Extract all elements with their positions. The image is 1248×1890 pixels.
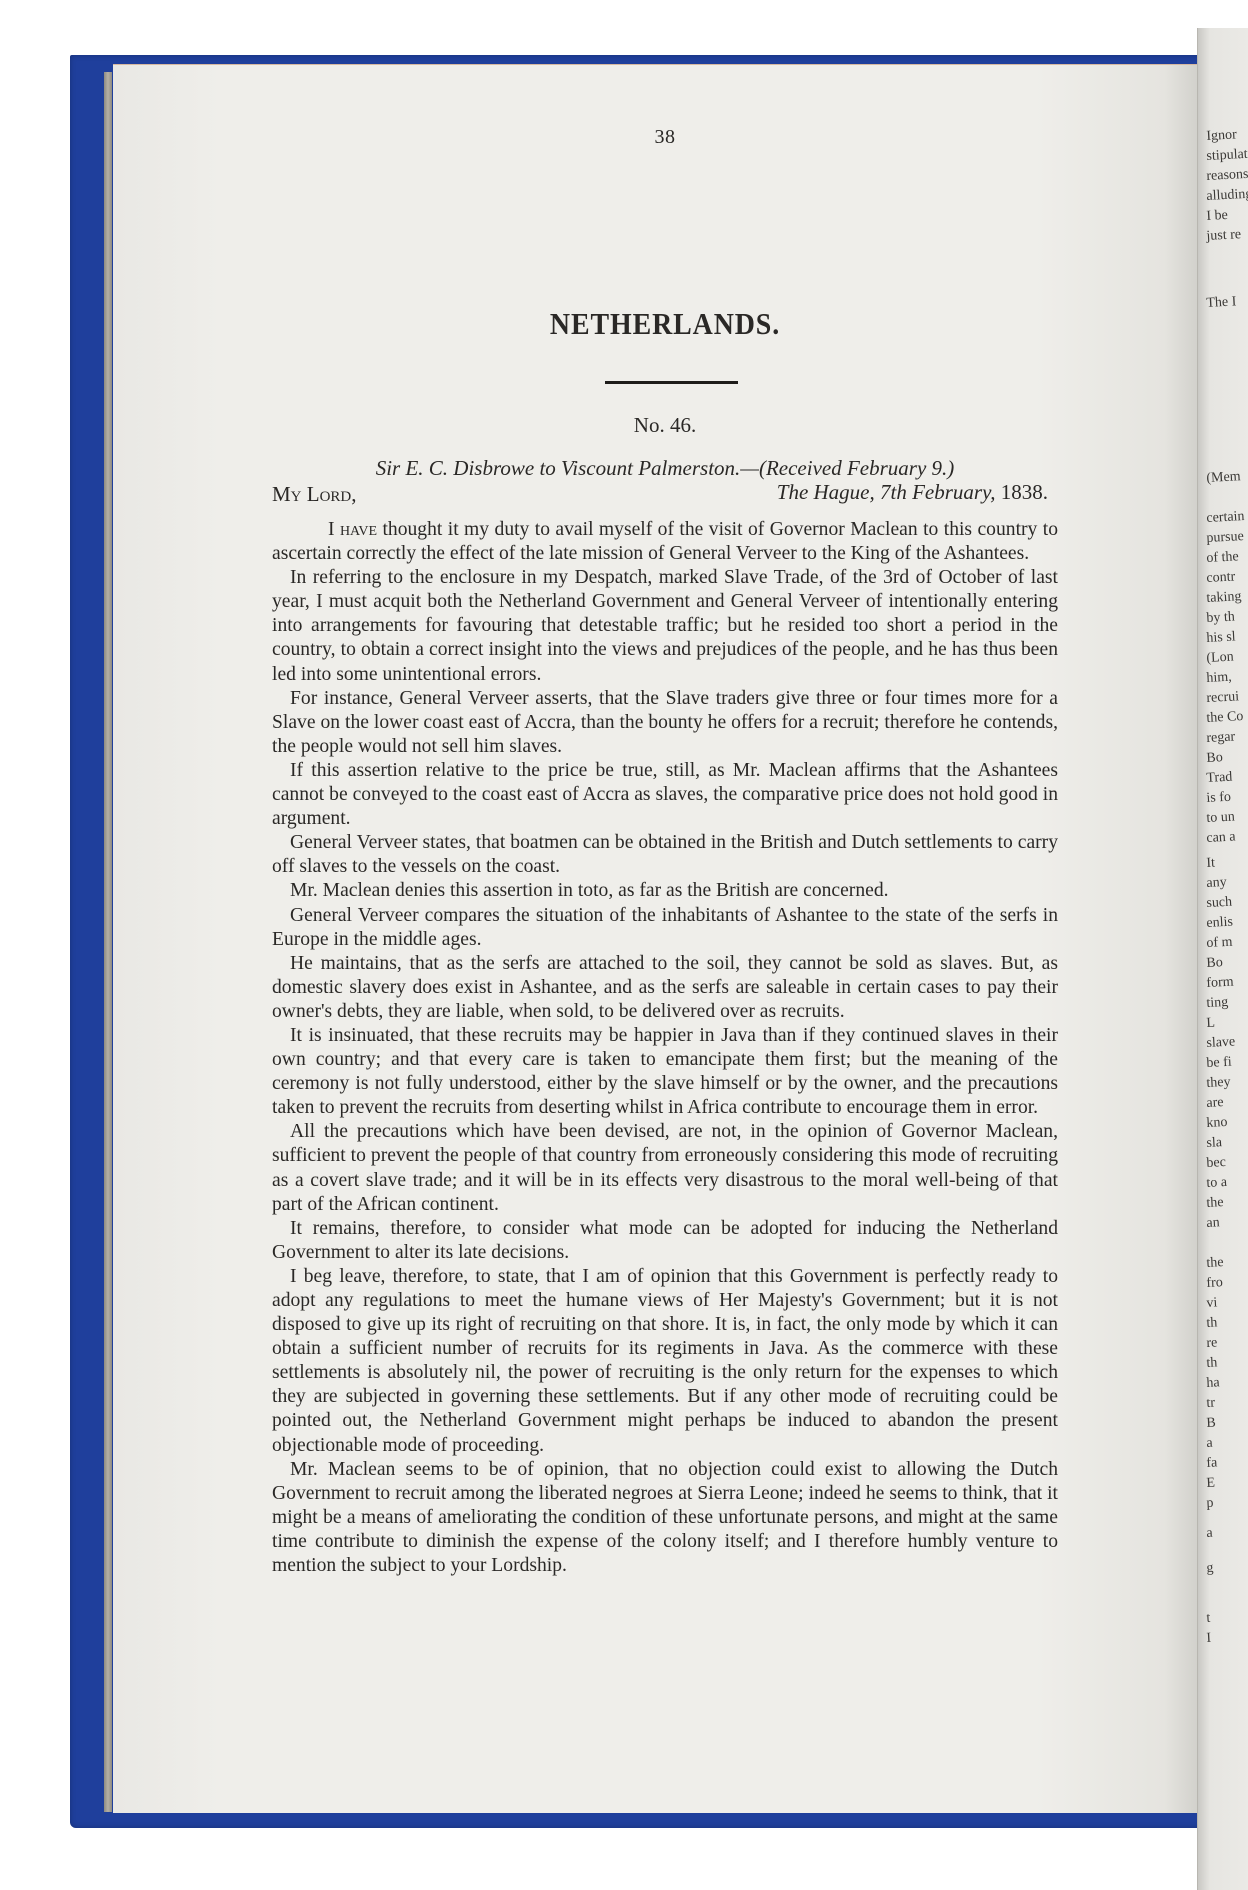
facing-page-fragment: such — [1206, 894, 1233, 913]
facing-page-fragment: stipulati — [1206, 146, 1248, 166]
facing-page-fragment: fa — [1206, 1454, 1218, 1473]
paragraph: I beg leave, therefore, to state, that I… — [272, 1265, 1058, 1458]
section-title: NETHERLANDS. — [311, 306, 1018, 342]
paragraph: It remains, therefore, to consider what … — [272, 1217, 1058, 1265]
facing-page-fragment: kno — [1206, 1114, 1228, 1133]
paragraph: It is insinuated, that these recruits ma… — [272, 1024, 1058, 1120]
facing-page-fragment: ting — [1206, 994, 1229, 1013]
facing-page-fragment: vi — [1206, 1294, 1218, 1313]
facing-page-fragment: is fo — [1206, 789, 1231, 808]
facing-page-fragment: be fi — [1206, 1054, 1232, 1073]
facing-page-fragment: to a — [1206, 1174, 1228, 1193]
paragraph: For instance, General Verveer asserts, t… — [272, 687, 1058, 759]
facing-page-fragment: just re — [1206, 226, 1242, 246]
facing-page-fragment: I be — [1206, 207, 1228, 226]
facing-page-fragment: It — [1206, 855, 1215, 873]
facing-page-fragment: can a — [1206, 828, 1236, 848]
title-rule — [605, 381, 738, 384]
facing-page-fragment: by th — [1206, 609, 1235, 628]
paragraph-text: thought it my duty to avail myself of th… — [272, 519, 1058, 564]
paragraph: General Verveer compares the situation o… — [272, 904, 1058, 952]
facing-page-fragment: bec — [1206, 1154, 1226, 1173]
facing-page-fragment: any — [1206, 874, 1227, 893]
facing-page-fragment: his sl — [1206, 628, 1236, 648]
facing-page-fragment: pursue — [1206, 528, 1244, 548]
facing-page-fragment: are — [1206, 1094, 1224, 1113]
facing-page-fragment: tr — [1206, 1395, 1215, 1413]
paragraph: All the precautions which have been devi… — [272, 1120, 1058, 1216]
dateline: The Hague, 7th February, 1838. — [777, 480, 1048, 505]
facing-page-fragment: regar — [1206, 728, 1236, 747]
salutation: My Lord, — [272, 482, 357, 507]
paragraph: General Verveer states, that boatmen can… — [272, 831, 1058, 879]
facing-page-fragment: contr — [1206, 568, 1236, 587]
document-heading: Sir E. C. Disbrowe to Viscount Palmersto… — [272, 456, 1058, 481]
facing-page-fragment: E — [1206, 1475, 1215, 1493]
facing-page-fragment: the — [1206, 1194, 1224, 1213]
facing-page-fragment: (Mem — [1206, 468, 1241, 488]
facing-page-fragment: The I — [1206, 293, 1237, 313]
facing-page-fragment: they — [1206, 1074, 1231, 1093]
facing-page-fragment: B — [1206, 1415, 1216, 1433]
facing-page-fragment: Trad — [1206, 769, 1233, 788]
facing-page-fragment: g — [1206, 1560, 1214, 1578]
facing-page-fragment: him, — [1206, 669, 1232, 688]
page-stack-edge — [104, 72, 112, 1812]
dateline-place-date: The Hague, 7th February, — [777, 480, 996, 504]
facing-page-fragment: Bo — [1206, 749, 1223, 768]
paragraph: Mr. Maclean seems to be of opinion, that… — [272, 1458, 1058, 1578]
facing-page-fragment: an — [1206, 1214, 1220, 1233]
facing-page-fragment: slave — [1206, 1033, 1236, 1052]
paragraph: In referring to the enclosure in my Desp… — [272, 566, 1058, 686]
facing-page-fragment: alluding — [1206, 186, 1248, 206]
facing-page-fragment: L — [1206, 1015, 1215, 1033]
paragraph: If this assertion relative to the price … — [272, 759, 1058, 831]
facing-page-fragment: I — [1206, 1630, 1212, 1648]
facing-page: IgnorstipulatireasonsalludingI bejust re… — [1197, 28, 1248, 1890]
facing-page-fragment: taking — [1206, 588, 1242, 608]
facing-page-fragment: ha — [1206, 1374, 1220, 1393]
facing-page-fragment: of m — [1206, 934, 1233, 953]
facing-page-fragment: reasons — [1206, 166, 1248, 186]
facing-page-fragment: th — [1206, 1314, 1218, 1333]
facing-page-fragment: a — [1206, 1525, 1213, 1543]
facing-page-fragment: t — [1206, 1610, 1211, 1628]
facing-page-fragment: sla — [1206, 1134, 1222, 1153]
letter-body: I have thought it my duty to avail mysel… — [272, 518, 1058, 1578]
document-number: No. 46. — [272, 413, 1058, 438]
facing-page-fragment: re — [1206, 1334, 1218, 1353]
facing-page-fragment: Bo — [1206, 954, 1223, 973]
facing-page-fragment: the — [1206, 1254, 1224, 1273]
facing-page-fragment: recrui — [1206, 688, 1240, 708]
paragraph: Mr. Maclean denies this assertion in tot… — [272, 879, 1058, 903]
facing-page-fragment: Ignor — [1206, 126, 1237, 146]
facing-page-fragment: a — [1206, 1435, 1213, 1453]
paragraph: He maintains, that as the serfs are atta… — [272, 952, 1058, 1024]
facing-page-fragment: of the — [1206, 548, 1239, 568]
facing-page-fragment: enlis — [1206, 914, 1233, 933]
facing-page-fragment: the Co — [1206, 708, 1244, 728]
dateline-year: 1838. — [1001, 480, 1048, 504]
paragraph: I have thought it my duty to avail mysel… — [272, 518, 1058, 566]
facing-page-fragment: to un — [1206, 809, 1235, 828]
page-number: 38 — [272, 126, 1058, 149]
facing-page-fragment: certain — [1206, 508, 1245, 528]
facing-page-fragment: (Lon — [1206, 649, 1234, 668]
facing-page-fragment: form — [1206, 974, 1234, 993]
facing-page-fragment: fro — [1206, 1274, 1223, 1293]
facing-page-fragment: p — [1206, 1495, 1214, 1513]
facing-page-fragment: th — [1206, 1354, 1218, 1373]
paragraph-lead: I have — [328, 519, 377, 540]
